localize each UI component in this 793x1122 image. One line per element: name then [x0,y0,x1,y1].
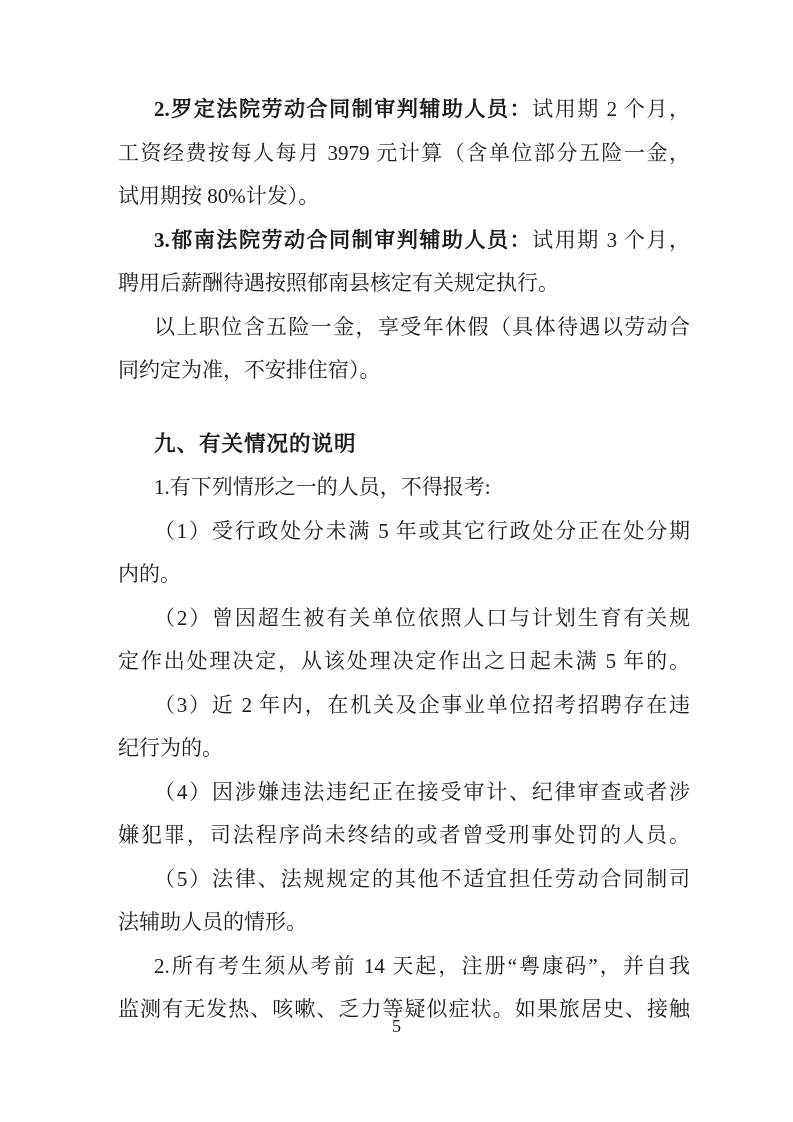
text-segment: 3.郁南法院劳动合同制审判辅助人员： [154,228,532,252]
text-line: 3.郁南法院劳动合同制审判辅助人员：试用期 3 个月， [118,219,690,263]
text-line: 2.所有考生须从考前 14 天起，注册“粤康码”，并自我 [118,945,690,989]
text-segment: 试用期按 80%计发）。 [118,184,319,208]
text-segment: 2.罗定法院劳动合同制审判辅助人员： [154,97,532,121]
text-line: 嫌犯罪，司法程序尚未终结的或者曾受刑事处罚的人员。 [118,814,690,858]
text-segment: 法辅助人员的情形。 [118,910,307,934]
text-line: （3）近 2 年内，在机关及企事业单位招考招聘存在违 [118,684,690,728]
text-line: （1）受行政处分未满 5 年或其它行政处分正在处分期 [118,510,690,554]
text-segment: 内的。 [118,562,181,586]
text-segment: 嫌犯罪，司法程序尚未终结的或者曾受刑事处罚的人员。 [118,823,690,847]
text-segment: 同约定为准，不安排住宿）。 [118,358,381,382]
section-heading: 九、有关情况的说明 [118,423,690,467]
text-segment: （4）因涉嫌违法违纪正在接受审计、纪律审查或者涉 [154,780,690,804]
text-segment: （3）近 2 年内，在机关及企事业单位招考招聘存在违 [154,693,690,717]
page-number: 5 [392,1016,401,1036]
text-line: 聘用后薪酬待遇按照郁南县核定有关规定执行。 [118,262,690,306]
text-segment: 2.所有考生须从考前 14 天起，注册“粤康码”，并自我 [154,954,690,978]
paragraph-spacer [118,393,690,423]
text-segment: （1）受行政处分未满 5 年或其它行政处分正在处分期 [154,519,690,543]
text-line: 2.罗定法院劳动合同制审判辅助人员：试用期 2 个月， [118,88,690,132]
page-footer: 5 [0,1013,793,1039]
text-segment: 九、有关情况的说明 [154,432,357,456]
text-line: （4）因涉嫌违法违纪正在接受审计、纪律审查或者涉 [118,771,690,815]
text-segment: （2）曾因超生被有关单位依照人口与计划生育有关规 [154,606,690,630]
text-line: 工资经费按每人每月 3979 元计算（含单位部分五险一金， [118,132,690,176]
text-line: 纪行为的。 [118,727,690,771]
text-segment: 以上职位含五险一金，享受年休假（具体待遇以劳动合 [154,315,690,339]
text-line: 法辅助人员的情形。 [118,901,690,945]
text-segment: 1.有下列情形之一的人员，不得报考: [154,475,491,499]
document-page: 2.罗定法院劳动合同制审判辅助人员：试用期 2 个月，工资经费按每人每月 397… [0,0,793,1122]
text-line: 定作出处理决定，从该处理决定作出之日起未满 5 年的。 [118,640,690,684]
text-line: 内的。 [118,553,690,597]
text-segment: 定作出处理决定，从该处理决定作出之日起未满 5 年的。 [118,649,690,673]
text-segment: 工资经费按每人每月 3979 元计算（含单位部分五险一金， [118,141,690,165]
text-line: 以上职位含五险一金，享受年休假（具体待遇以劳动合 [118,306,690,350]
text-segment: 试用期 2 个月， [532,97,690,121]
text-segment: （5）法律、法规规定的其他不适宜担任劳动合同制司 [154,867,690,891]
text-line: 试用期按 80%计发）。 [118,175,690,219]
text-line: （2）曾因超生被有关单位依照人口与计划生育有关规 [118,597,690,641]
text-segment: 聘用后薪酬待遇按照郁南县核定有关规定执行。 [118,271,559,295]
text-line: （5）法律、法规规定的其他不适宜担任劳动合同制司 [118,858,690,902]
text-line: 同约定为准，不安排住宿）。 [118,349,690,393]
text-segment: 试用期 3 个月， [532,228,690,252]
text-line: 1.有下列情形之一的人员，不得报考: [118,466,690,510]
document-content: 2.罗定法院劳动合同制审判辅助人员：试用期 2 个月，工资经费按每人每月 397… [118,88,690,1032]
text-segment: 纪行为的。 [118,736,223,760]
